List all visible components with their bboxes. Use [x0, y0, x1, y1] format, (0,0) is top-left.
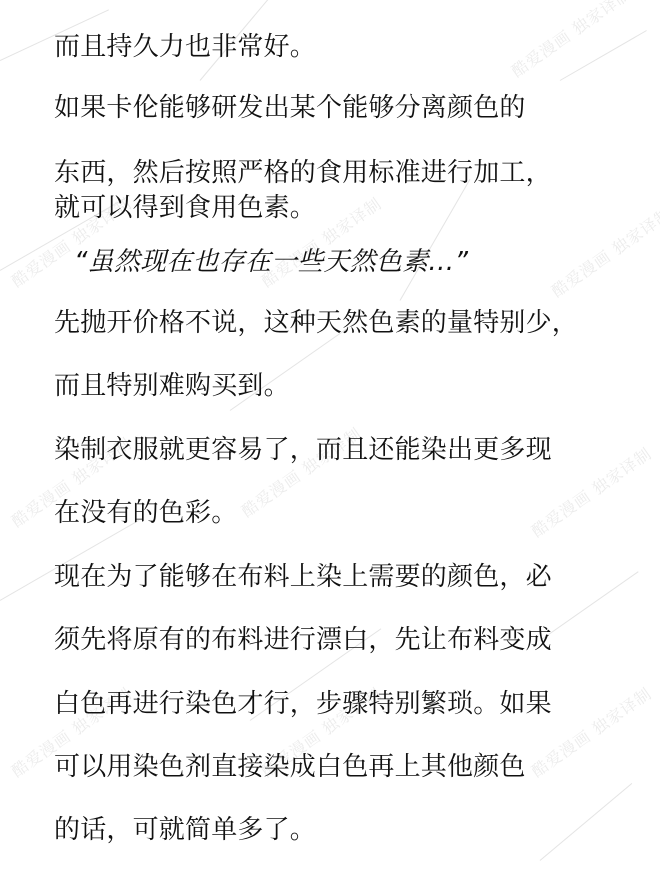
watermark-stroke [540, 783, 633, 861]
paragraph-line: 须先将原有的布料进行漂白，先让布料变成 [54, 624, 552, 656]
paragraph-line: 现在为了能够在布料上染上需要的颜色，必 [54, 561, 552, 593]
paragraph-line: 可以用染色剂直接染成白色再上其他颜色 [54, 751, 526, 783]
paragraph-line: 在没有的色彩。 [54, 497, 237, 529]
paragraph-line: 的话，可就简单多了。 [54, 814, 316, 846]
paragraph-line: 白色再进行染色才行，步骤特别繁琐。如果 [54, 688, 552, 720]
paragraph-line: 东西，然后按照严格的食用标准进行加工， [54, 157, 552, 189]
watermark-text: 酷爱漫画 独家译制 [506, 0, 636, 82]
watermark-text: 酷爱漫画 独家译制 [546, 201, 660, 301]
quote-line: “虽然现在也存在一些天然色素…” [74, 246, 468, 278]
paragraph-line: 而且特别难购买到。 [54, 370, 290, 402]
watermark-stroke [400, 179, 471, 301]
watermark-stroke [560, 30, 647, 81]
paragraph-line: 而且持久力也非常好。 [54, 31, 316, 63]
paragraph-line: 如果卡伦能够研发出某个能够分离颜色的 [54, 92, 526, 124]
watermark-stroke [540, 571, 639, 641]
paragraph-line: 先抛开价格不说，这种天然色素的量特别少， [54, 307, 578, 339]
paragraph-line: 染制衣服就更容易了，而且还能染出更多现 [54, 434, 552, 466]
paragraph-line: 就可以得到食用色素。 [54, 192, 316, 224]
